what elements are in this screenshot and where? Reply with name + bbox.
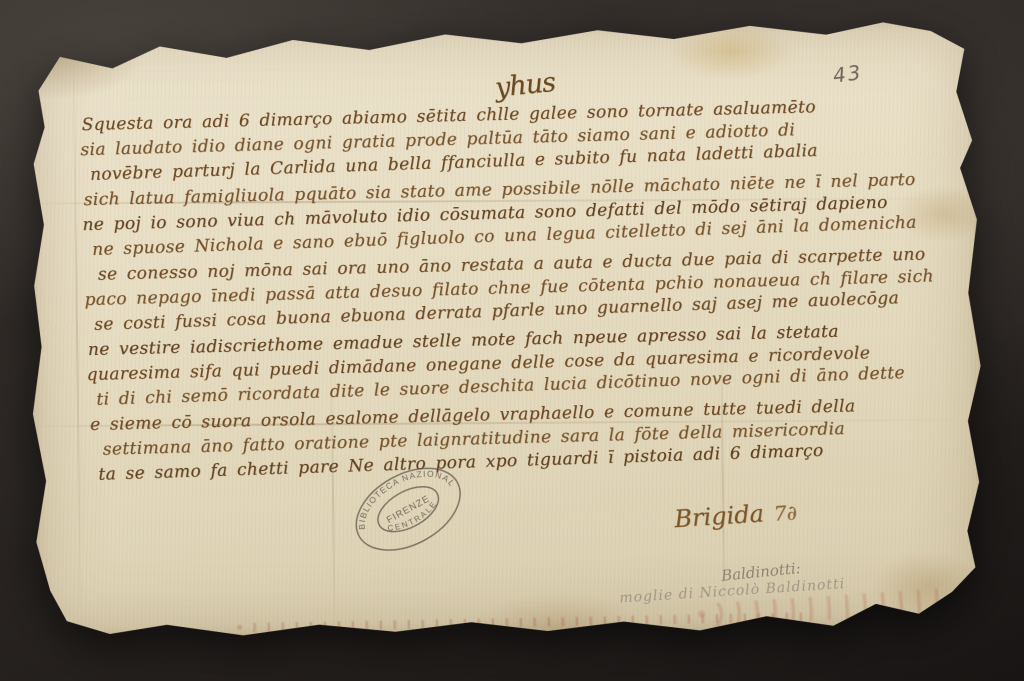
- manuscript-body: Squesta ora adi 6 dimarço abiamo sētita …: [79, 88, 981, 488]
- signature-name: Brigida: [674, 499, 765, 533]
- faded-red-marks-bottom: [234, 612, 814, 632]
- manuscript-paper: yhus 43 Squesta ora adi 6 dimarço abiamo…: [26, 18, 985, 640]
- folio-number: 43: [832, 62, 864, 86]
- jesus-monogram: yhus: [494, 69, 556, 102]
- signature: Brigida7∂: [674, 499, 798, 531]
- signature-flourish: 7∂: [773, 500, 798, 525]
- manuscript-paper-wrapper: yhus 43 Squesta ora adi 6 dimarço abiamo…: [26, 18, 985, 640]
